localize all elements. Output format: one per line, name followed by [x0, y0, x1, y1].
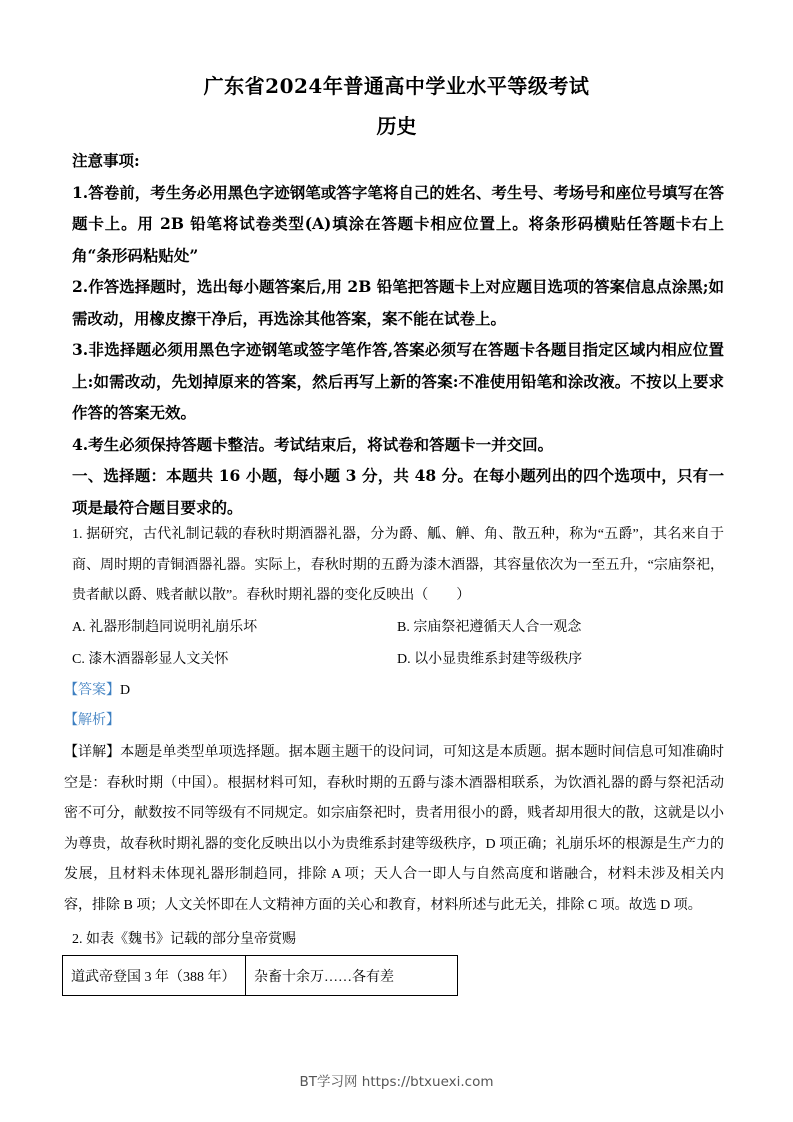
options-row-1: A. 礼器形制趋同说明礼崩乐坏 B. 宗庙祭祀遵循天人合一观念: [72, 613, 724, 643]
notice-item-3: 3.非选择题必须用黑色字迹钢笔或签字笔作答,答案必须写在答题卡各题目指定区域内相…: [72, 334, 724, 429]
notice-item-1: 1.答卷前，考生务必用黑色字迹钢笔或答字笔将自己的姓名、考生号、考场号和座位号填…: [72, 177, 724, 272]
option-c: C. 漆木酒器彰显人文关怀: [72, 645, 228, 675]
notice-item-4: 4.考生必须保持答题卡整洁。考试结束后，将试卷和答题卡一并交回。: [72, 429, 724, 461]
exam-title: 广东省2024年普通高中学业水平等级考试: [0, 70, 793, 99]
answer-line: 【答案】D: [64, 676, 716, 706]
question-2-stem: 2. 如表《魏书》记载的部分皇帝赏赐: [72, 925, 724, 955]
detail-label: 【详解】: [64, 745, 120, 760]
table-cell: 杂畜十余万……各有差: [246, 956, 458, 996]
question-2-table: 道武帝登国 3 年（388 年） 杂畜十余万……各有差: [62, 955, 458, 996]
question-1-stem-block: 1. 据研究，古代礼制记载的春秋时期酒器礼器，分为爵、觚、觯、角、散五种，称为“…: [72, 520, 724, 612]
analysis-label: 【解析】: [64, 713, 120, 728]
table-row: 道武帝登国 3 年（388 年） 杂畜十余万……各有差: [63, 956, 458, 996]
document-page: 广东省2024年普通高中学业水平等级考试 历史 注意事项: 1.答卷前，考生务必…: [0, 0, 793, 1122]
footer-watermark: BT学习网 https://btxuexi.com: [0, 1070, 793, 1090]
detail-text: 本题是单类型单项选择题。据本题主题干的设问词，可知这是本质题。据本题时间信息可知…: [64, 745, 724, 913]
options-row-2: C. 漆木酒器彰显人文关怀 D. 以小显贵维系封建等级秩序: [72, 645, 724, 675]
answer-label: 【答案】: [64, 683, 120, 698]
question-1-stem: 1. 据研究，古代礼制记载的春秋时期酒器礼器，分为爵、觚、觯、角、散五种，称为“…: [72, 520, 724, 612]
notice-heading: 注意事项:: [72, 145, 724, 177]
option-d: D. 以小显贵维系封建等级秩序: [397, 645, 582, 675]
analysis-line: 【解析】: [64, 706, 716, 736]
table-cell: 道武帝登国 3 年（388 年）: [63, 956, 246, 996]
answer-value: D: [120, 683, 130, 698]
notice-section: 注意事项: 1.答卷前，考生务必用黑色字迹钢笔或答字笔将自己的姓名、考生号、考场…: [72, 145, 724, 523]
option-a: A. 礼器形制趋同说明礼崩乐坏: [72, 613, 257, 643]
section-intro: 一、选择题：本题共 16 小题，每小题 3 分，共 48 分。在每小题列出的四个…: [72, 460, 724, 523]
notice-item-2: 2.作答选择题时，选出每小题答案后,用 2B 铅笔把答题卡上对应题目选项的答案信…: [72, 271, 724, 334]
exam-subject: 历史: [0, 110, 793, 139]
option-b: B. 宗庙祭祀遵循天人合一观念: [397, 613, 581, 643]
detail-block: 【详解】本题是单类型单项选择题。据本题主题干的设问词，可知这是本质题。据本题时间…: [64, 738, 724, 921]
